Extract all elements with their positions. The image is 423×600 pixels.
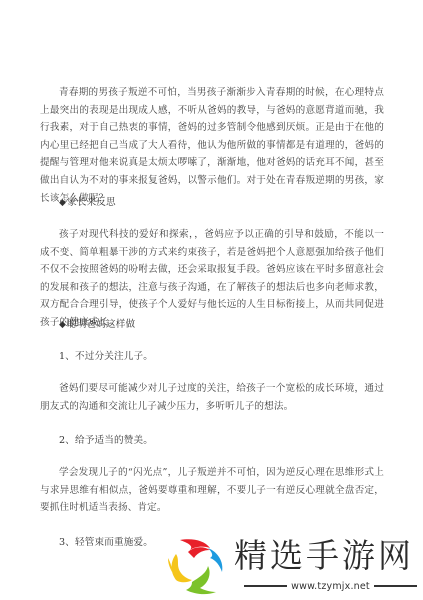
diamond-bullet-icon: ◆ [59, 320, 66, 330]
site-url-row: www.tzymjx.net [244, 579, 417, 593]
site-url: www.tzymjx.net [287, 581, 374, 592]
pinwheel-logo-icon [164, 534, 228, 598]
item-heading: 1、不过分关注儿子。 [40, 348, 384, 366]
diamond-bullet-icon: ◆ [59, 198, 66, 208]
intro-paragraph: 青春期的男孩子叛逆不可怕，当男孩子渐渐步入青春期的时候，在心理特点上最突出的表现… [40, 84, 384, 207]
item-paragraph: 爸妈们要尽可能减少对儿子过度的关注，给孩子一个宽松的成长环境，通过朋友式的沟通和… [40, 380, 384, 415]
item-paragraph: 学会发现儿子的“闪光点”，儿子叛逆并不可怕，因为逆反心理在思维形式上与求异思维有… [40, 464, 384, 517]
divider-line [374, 585, 417, 587]
list-item-1-body: 爸妈们要尽可能减少对儿子过度的关注，给孩子一个宽松的成长环境，通过朋友式的沟通和… [40, 380, 384, 415]
list-item-2-body: 学会发现儿子的“闪光点”，儿子叛逆并不可怕，因为逆反心理在思维形式上与求异思维有… [40, 464, 384, 517]
divider-line [244, 585, 287, 587]
section-heading-reflect: ◆家长来反思 [40, 194, 384, 213]
section-title: 家长来反思 [67, 197, 116, 208]
list-item-1-heading: 1、不过分关注儿子。 [40, 348, 384, 366]
section-heading-smart-parents: ◆聪明爸妈这样做 [40, 316, 384, 335]
intro-section: 青春期的男孩子叛逆不可怕，当男孩子渐渐步入青春期的时候，在心理特点上最突出的表现… [40, 84, 384, 207]
site-watermark: 精选手游网 www.tzymjx.net [160, 532, 423, 600]
site-name: 精选手游网 [234, 536, 414, 576]
item-heading: 2、给予适当的赞美。 [40, 432, 384, 450]
list-item-2-heading: 2、给予适当的赞美。 [40, 432, 384, 450]
section-title: 聪明爸妈这样做 [67, 319, 135, 330]
